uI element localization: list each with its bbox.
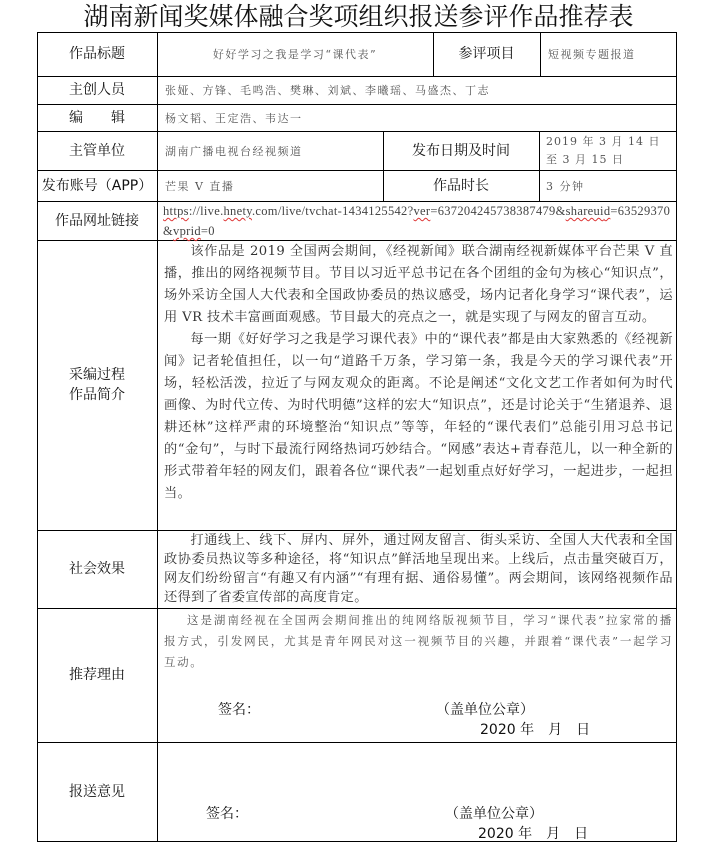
document-title: 湖南新闻奖媒体融合奖项组织报送参评作品推荐表: [0, 2, 717, 32]
submission-signature-label: 签名：: [206, 803, 248, 823]
column-divider: [540, 32, 541, 76]
editors-label: 编 辑: [37, 104, 157, 131]
duration-label: 作品时长: [383, 170, 539, 201]
recommendation-date: 2020 年 月 日: [480, 719, 590, 739]
submission-opinion-text[interactable]: [164, 744, 673, 799]
process-paragraph: 每一期《好好学习之我是学习课代表》中的“课代表”都是由大家熟悉的《经视新闻》记者…: [164, 329, 673, 505]
url-part: =637204245738387479&: [430, 204, 565, 218]
process-label-line1: 采编过程: [69, 365, 125, 385]
category-label: 参评项目: [433, 32, 540, 76]
process-label-line2: 作品简介: [69, 385, 125, 405]
editors-value[interactable]: 杨文韬、王定浩、韦达一: [165, 104, 670, 131]
publish-date-label: 发布日期及时间: [383, 131, 539, 170]
social-effect-label: 社会效果: [37, 530, 157, 608]
url-part: hnety: [224, 204, 252, 218]
submission-seal-label: （盖单位公章）: [445, 803, 543, 823]
recommendation-seal-label: （盖单位公章）: [436, 699, 534, 719]
column-divider: [539, 131, 540, 201]
work-title-label: 作品标题: [37, 32, 157, 76]
organization-value[interactable]: 湖南广播电视台经视频道: [165, 131, 380, 170]
publish-date-line1: 2019 年 3 月 14 日: [546, 133, 660, 151]
duration-value[interactable]: 3 分钟: [546, 170, 674, 201]
url-part: ://live.: [189, 204, 224, 218]
work-title-value[interactable]: 好好学习之我是学习“课代表”: [157, 32, 433, 76]
publish-date-value[interactable]: 2019 年 3 月 14 日 至 3 月 15 日: [546, 131, 674, 170]
publish-account-value[interactable]: 芒果 V 直播: [165, 170, 380, 201]
publish-date-line2: 至 3 月 15 日: [546, 151, 624, 169]
creators-value[interactable]: 张娅、方锋、毛鸣浩、樊琳、刘斌、李曦瑶、马盛杰、丁志: [165, 76, 670, 104]
recommendation-signature-label: 签名：: [218, 699, 260, 719]
url-part: =0: [201, 224, 215, 238]
url-value[interactable]: https://live.hnety.com/live/tvchat-14341…: [163, 201, 673, 240]
organization-label: 主管单位: [37, 131, 157, 170]
recommendation-label: 推荐理由: [37, 608, 157, 742]
social-effect-text[interactable]: 打通线上、线下、屏内、屏外，通过网友留言、街头采访、全国人大代表和全国政协委员热…: [164, 531, 673, 607]
url-part: .com/live/tvchat-1434125542?: [252, 204, 414, 218]
recommendation-text[interactable]: 这是湖南经视在全国两会期间推出的纯网络版视频节目，学习“课代表”拉家常的播报方式…: [164, 610, 673, 673]
url-part: ver: [413, 204, 430, 218]
url-part: https: [163, 204, 189, 218]
submission-date: 2020 年 月 日: [478, 823, 588, 843]
process-label: 采编过程 作品简介: [37, 240, 157, 530]
process-paragraph: 该作品是 2019 全国两会期间，《经视新闻》联合湖南经视新媒体平台芒果 V 直…: [164, 241, 673, 329]
url-label: 作品网址链接: [37, 201, 157, 240]
process-text[interactable]: 该作品是 2019 全国两会期间，《经视新闻》联合湖南经视新媒体平台芒果 V 直…: [164, 241, 673, 505]
column-divider: [157, 32, 158, 842]
social-effect-paragraph: 打通线上、线下、屏内、屏外，通过网友留言、街头采访、全国人大代表和全国政协委员热…: [164, 531, 673, 607]
category-value[interactable]: 短视频专题报道: [548, 32, 673, 76]
publish-account-label: 发布账号（APP）: [37, 170, 157, 201]
url-part: vprid: [173, 224, 201, 238]
submission-opinion-label: 报送意见: [37, 742, 157, 842]
url-part: shareui: [566, 204, 604, 218]
creators-label: 主创人员: [37, 76, 157, 104]
recommendation-paragraph: 这是湖南经视在全国两会期间推出的纯网络版视频节目，学习“课代表”拉家常的播报方式…: [164, 610, 673, 673]
